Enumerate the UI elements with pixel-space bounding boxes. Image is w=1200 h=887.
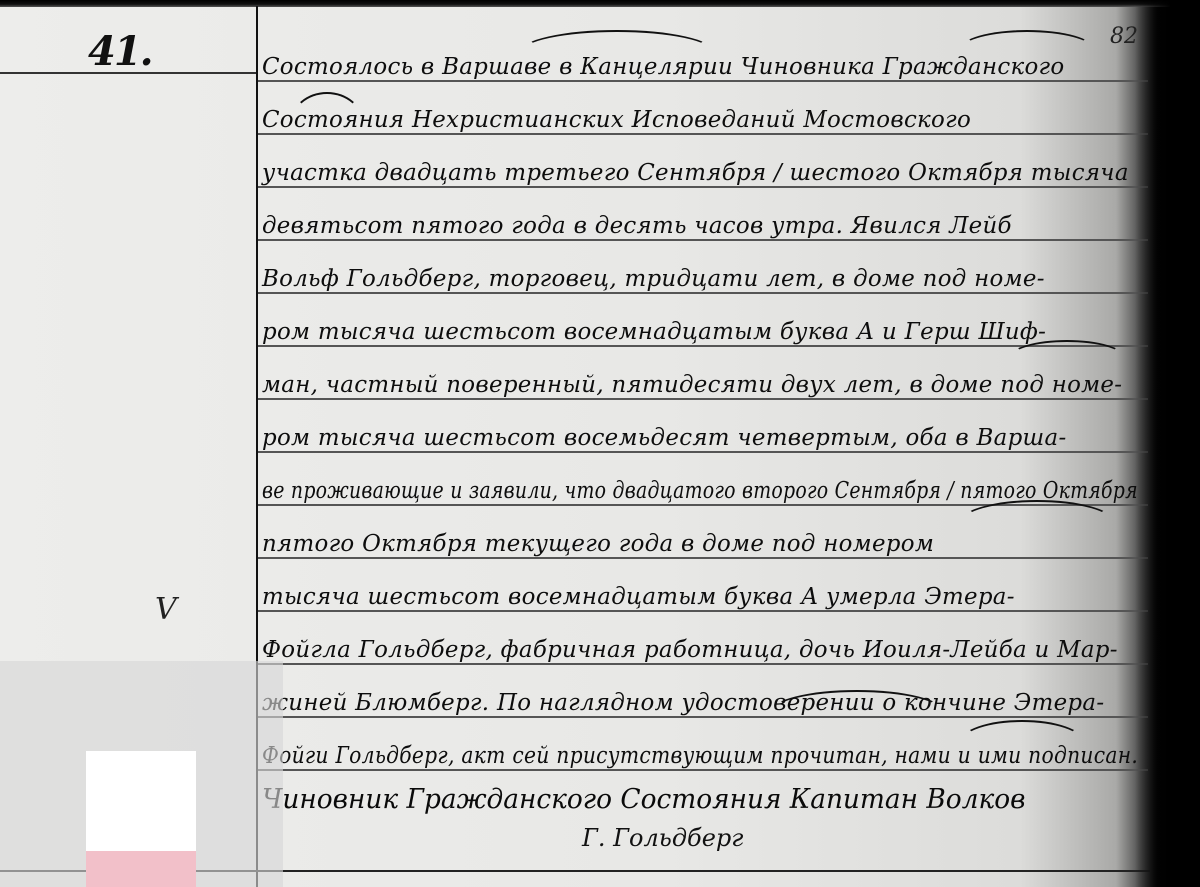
page-number: 82 xyxy=(1110,24,1138,49)
pen-flourish xyxy=(1010,340,1124,374)
record-line: Фойги Гольдберг, акт сей присутствующим … xyxy=(262,736,1038,776)
margin-check-mark: V xyxy=(155,592,177,627)
record-line: девятьсот пятого года в десять часов утр… xyxy=(262,206,1138,246)
scan-right-border xyxy=(1135,0,1200,887)
record-line: жиней Блюмберг. По наглядном удостоверен… xyxy=(262,683,1138,723)
witness-signature: Г. Гольдберг xyxy=(582,824,743,852)
record-line: ром тысяча шестьсот восемьдесят четверты… xyxy=(262,418,1138,458)
pen-flourish xyxy=(960,500,1114,544)
record-line: ман, частный поверенный, пятидесяти двух… xyxy=(262,365,1138,405)
pen-flourish xyxy=(770,690,944,734)
scan-top-border xyxy=(0,0,1200,7)
pen-flourish xyxy=(960,720,1084,764)
record-line: Фойгла Гольдберг, фабричная работница, д… xyxy=(262,630,1138,670)
act-number: 41. xyxy=(88,28,152,75)
pen-flourish xyxy=(290,92,364,156)
record-line: Состояния Нехристианских Исповеданий Мос… xyxy=(262,100,1138,140)
flag-red-stripe xyxy=(86,851,196,887)
pen-flourish xyxy=(520,30,714,74)
official-signature: Чиновник Гражданского Состояния Капитан … xyxy=(262,780,1122,820)
pen-flourish xyxy=(960,30,1094,68)
record-line: ве проживающие и заявили, что двадцатого… xyxy=(262,471,984,511)
record-line: ром тысяча шестьсот восемнадцатым буква … xyxy=(262,312,1138,352)
record-line: тысяча шестьсот восемнадцатым буква А ум… xyxy=(262,577,1138,617)
record-line: Вольф Гольдберг, торговец, тридцати лет,… xyxy=(262,259,1138,299)
flag-white-stripe xyxy=(86,751,196,851)
record-line: участка двадцать третьего Сентября / шес… xyxy=(262,153,1138,193)
signature-block: Чиновник Гражданского Состояния Капитан … xyxy=(262,780,1142,870)
